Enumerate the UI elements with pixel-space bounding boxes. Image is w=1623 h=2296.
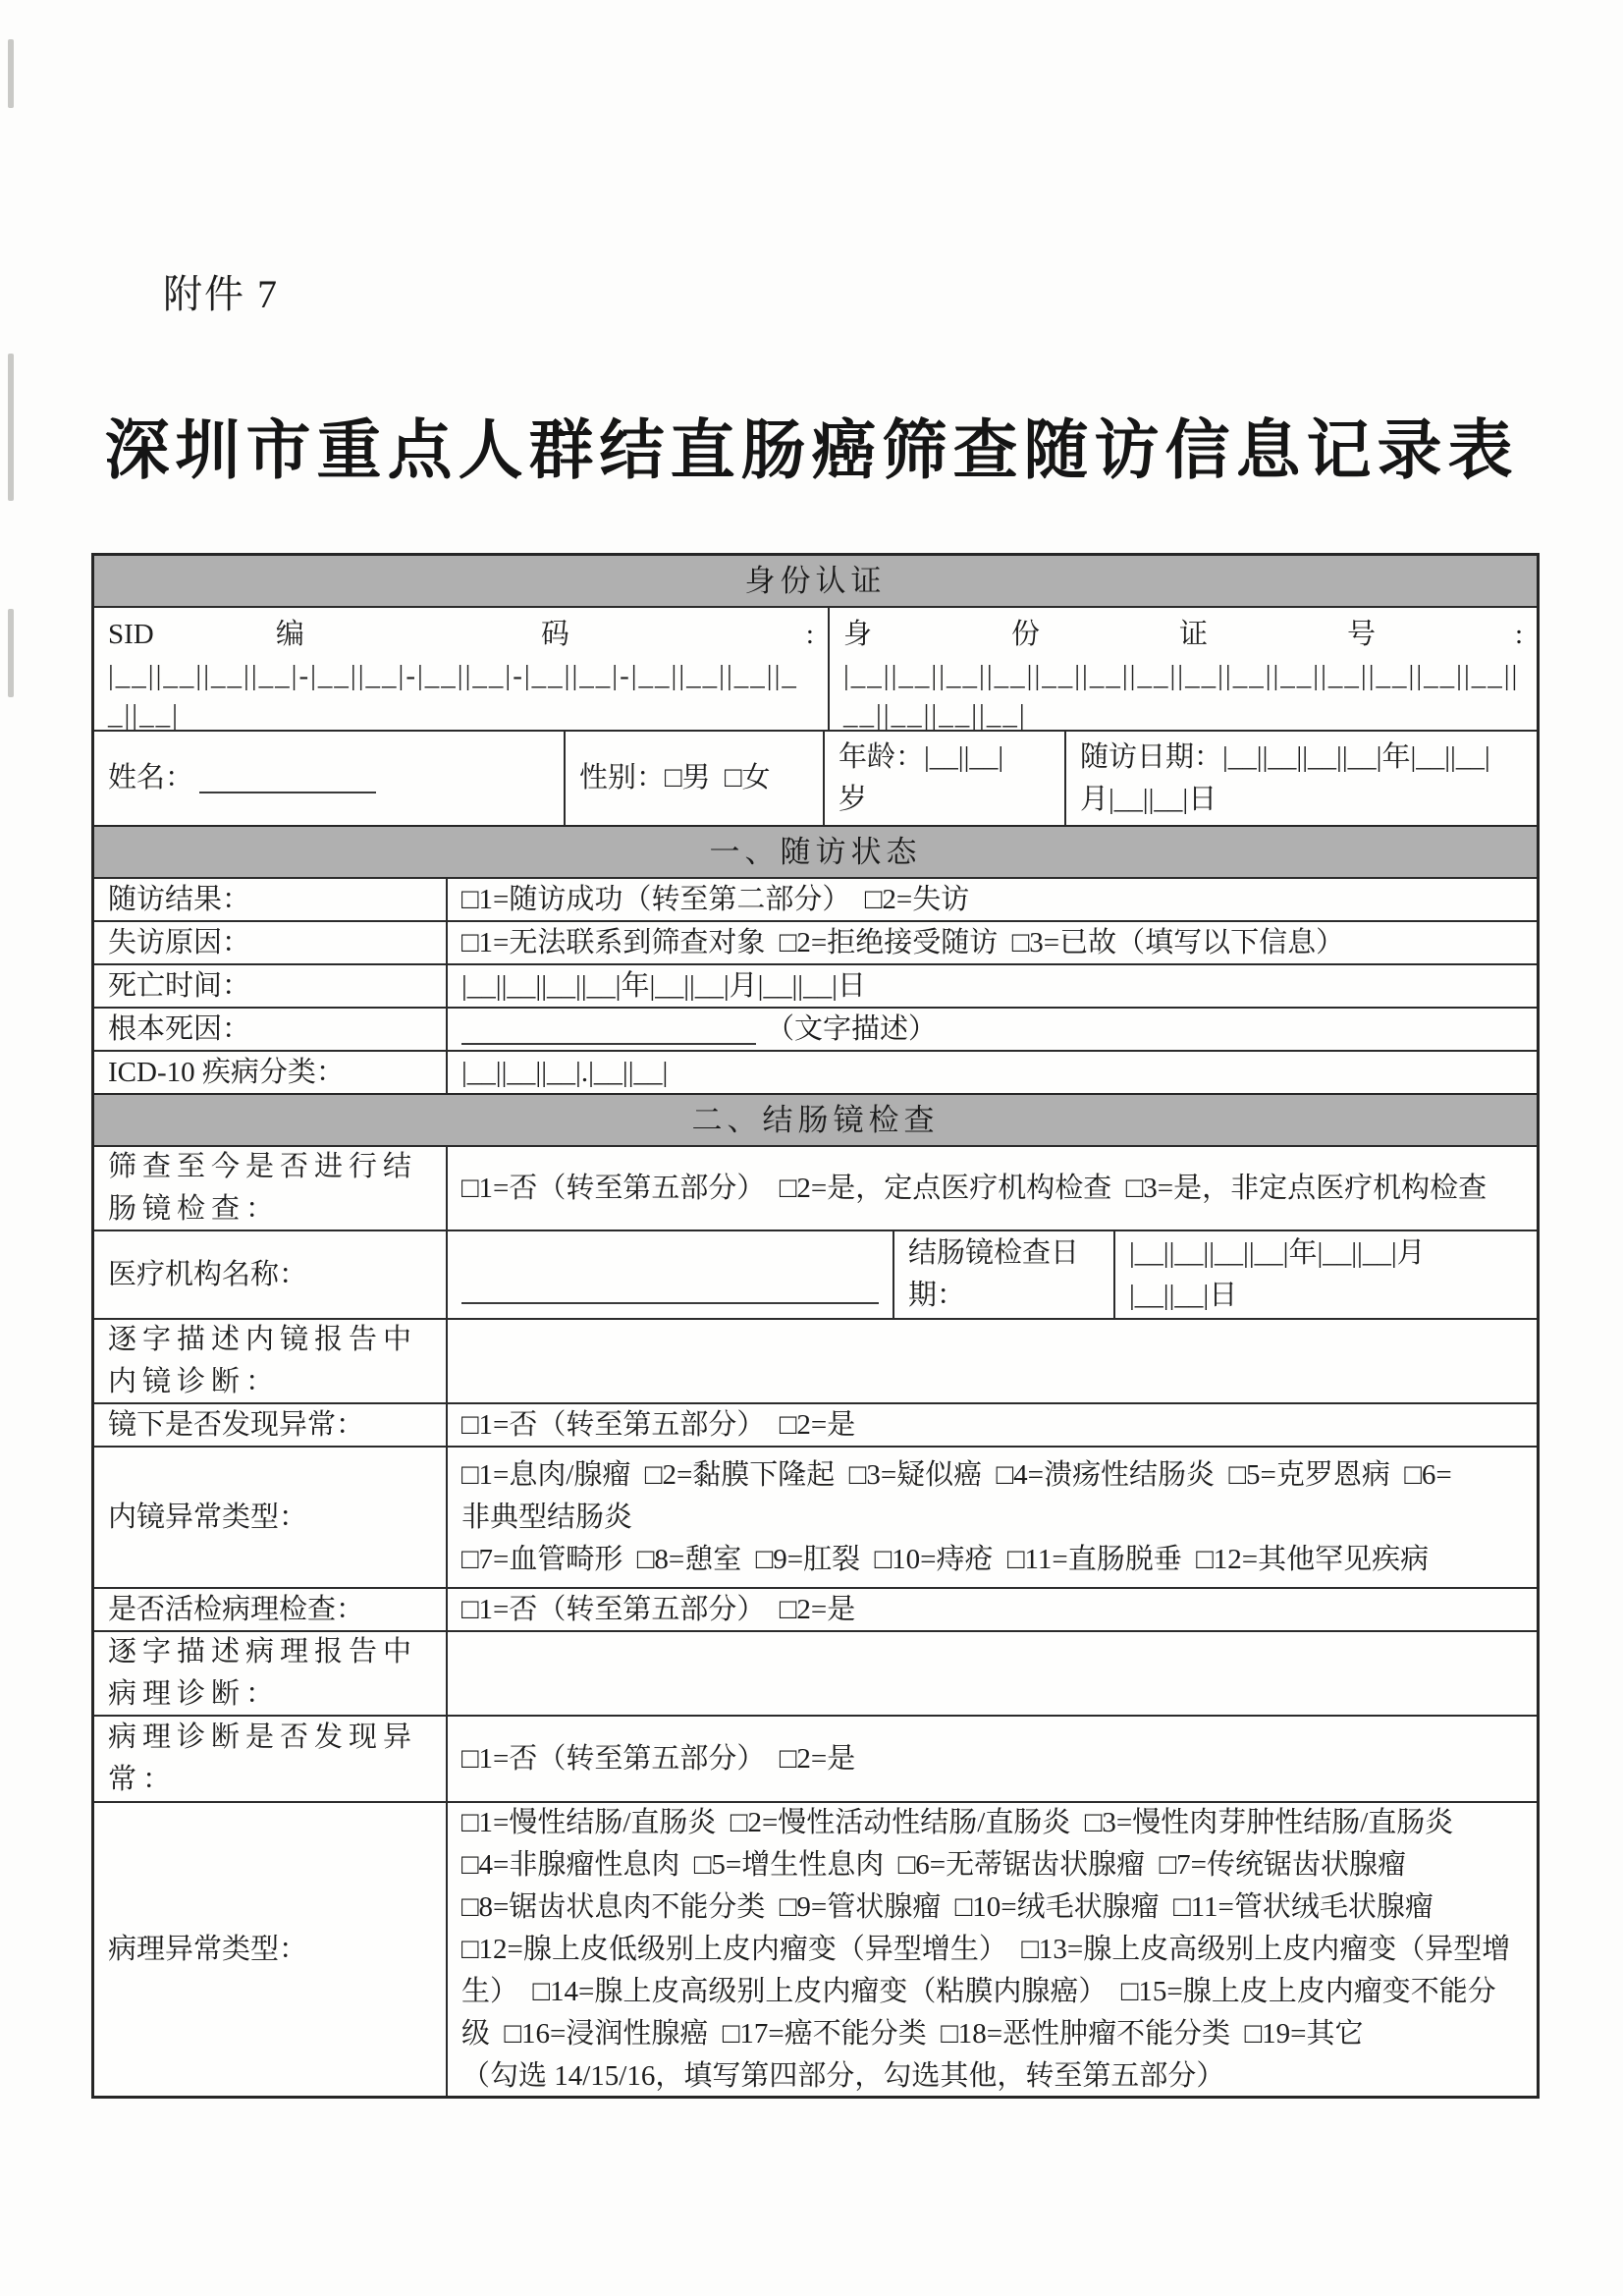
age-boxes: 年龄：|__||__| 岁 — [839, 737, 1003, 821]
row-pathology-type: 病理异常类型： □1=慢性结肠/直肠炎 □2=慢性活动性结肠/直肠炎 □3=慢性… — [94, 1801, 1537, 2096]
name-blank-line — [199, 763, 376, 793]
death-cause-label: 根本死因： — [94, 1009, 446, 1050]
endoscopy-type-options: □1=息肉/腺瘤 □2=黏膜下隆起 □3=疑似癌 □4=溃疡性结肠炎 □5=克罗… — [446, 1448, 1537, 1587]
form-table: 身份认证 SID 编 码 : |__||__||__||__|-|__||__|… — [91, 553, 1540, 2099]
endoscopy-type-label: 内镜异常类型： — [94, 1448, 446, 1587]
section-header-followup-status: 一、随访状态 — [94, 825, 1537, 877]
row-sid-idnumber: SID 编 码 : |__||__||__||__|-|__||__|-|__|… — [94, 606, 1537, 730]
gender-field: 性别：□男 □女 — [564, 732, 823, 825]
pathology-type-options: □1=慢性结肠/直肠炎 □2=慢性活动性结肠/直肠炎 □3=慢性肉芽肿性结肠/直… — [446, 1803, 1537, 2096]
row-death-cause: 根本死因： （文字描述） — [94, 1007, 1537, 1050]
endoscopy-abnormal-options: □1=否（转至第五部分） □2=是 — [446, 1404, 1537, 1446]
gender-options: 性别：□男 □女 — [579, 757, 771, 799]
row-biopsy: 是否活检病理检查： □1=否（转至第五部分） □2=是 — [94, 1587, 1537, 1630]
death-cause-field: （文字描述） — [446, 1009, 1537, 1050]
followup-result-options: □1=随访成功（转至第二部分） □2=失访 — [446, 879, 1537, 920]
sid-code-field: SID 编 码 : |__||__||__||__|-|__||__|-|__|… — [94, 608, 828, 730]
death-cause-blank-line — [461, 1014, 756, 1045]
sid-code-boxes: |__||__||__||__|-|__||__|-|__||__|-|__||… — [108, 656, 814, 730]
death-cause-note: （文字描述） — [766, 1009, 937, 1050]
institution-label: 医疗机构名称： — [94, 1231, 446, 1318]
endoscopy-abnormal-label: 镜下是否发现异常： — [94, 1404, 446, 1446]
id-number-label: 身 份 证 号 : — [843, 614, 1523, 656]
pathology-verbatim-field — [446, 1632, 1537, 1715]
screening-colonoscopy-options: □1=否（转至第五部分） □2=是，定点医疗机构检查 □3=是，非定点医疗机构检… — [446, 1147, 1537, 1230]
pathology-abnormal-options: □1=否（转至第五部分） □2=是 — [446, 1717, 1537, 1801]
pathology-type-label: 病理异常类型： — [94, 1803, 446, 2096]
loss-reason-label: 失访原因： — [94, 922, 446, 963]
scanned-form-page: 附件 7 深圳市重点人群结直肠癌筛查随访信息记录表 身份认证 SID 编 码 :… — [0, 0, 1623, 2296]
endoscopy-verbatim-label: 逐字描述内镜报告中 内镜诊断： — [94, 1320, 446, 1402]
row-institution: 医疗机构名称： 结肠镜检查日 期： |__||__||__||__|年|__||… — [94, 1230, 1537, 1318]
row-loss-reason: 失访原因： □1=无法联系到筛查对象 □2=拒绝接受随访 □3=已故（填写以下信… — [94, 920, 1537, 963]
biopsy-label: 是否活检病理检查： — [94, 1589, 446, 1630]
row-screening-colonoscopy: 筛查至今是否进行结 肠镜检查： □1=否（转至第五部分） □2=是，定点医疗机构… — [94, 1145, 1537, 1230]
section-header-identity: 身份认证 — [94, 556, 1537, 606]
pathology-verbatim-label: 逐字描述病理报告中 病理诊断： — [94, 1632, 446, 1715]
scan-artifact — [8, 39, 14, 108]
age-field: 年龄：|__||__| 岁 — [823, 732, 1064, 825]
row-icd10: ICD-10 疾病分类： |__||__||__|.|__||__| — [94, 1050, 1537, 1093]
scan-artifact — [8, 609, 14, 697]
followup-result-label: 随访结果： — [94, 879, 446, 920]
colonoscopy-date-label: 结肠镜检查日 期： — [893, 1231, 1113, 1318]
endoscopy-verbatim-field — [446, 1320, 1537, 1402]
loss-reason-options: □1=无法联系到筛查对象 □2=拒绝接受随访 □3=已故（填写以下信息） — [446, 922, 1537, 963]
section-header-colonoscopy: 二、结肠镜检查 — [94, 1093, 1537, 1145]
icd10-label: ICD-10 疾病分类： — [94, 1052, 446, 1093]
row-death-time: 死亡时间： |__||__||__||__|年|__||__|月|__||__|… — [94, 963, 1537, 1007]
visit-date-boxes: 随访日期：|__||__||__||__|年|__||__| 月|__||__|… — [1080, 737, 1490, 821]
row-followup-result: 随访结果： □1=随访成功（转至第二部分） □2=失访 — [94, 877, 1537, 920]
row-name-gender-age-date: 姓名： 性别：□男 □女 年龄：|__||__| 岁 随访日期：|__||__|… — [94, 730, 1537, 825]
row-endoscopy-abnormal: 镜下是否发现异常： □1=否（转至第五部分） □2=是 — [94, 1402, 1537, 1446]
attachment-label: 附件 7 — [163, 263, 279, 319]
row-endoscopy-verbatim: 逐字描述内镜报告中 内镜诊断： — [94, 1318, 1537, 1402]
id-number-boxes: |__||__||__||__||__||__||__||__||__||__|… — [843, 656, 1523, 730]
row-pathology-verbatim: 逐字描述病理报告中 病理诊断： — [94, 1630, 1537, 1715]
death-time-boxes: |__||__||__||__|年|__||__|月|__||__|日 — [446, 965, 1537, 1007]
row-pathology-abnormal: 病理诊断是否发现异 常： □1=否（转至第五部分） □2=是 — [94, 1715, 1537, 1801]
name-label: 姓名： — [108, 757, 193, 799]
screening-colonoscopy-label: 筛查至今是否进行结 肠镜检查： — [94, 1147, 446, 1230]
icd10-boxes: |__||__||__|.|__||__| — [446, 1052, 1537, 1093]
colonoscopy-date-boxes: |__||__||__||__|年|__||__|月 |__||__|日 — [1113, 1231, 1537, 1318]
pathology-abnormal-label: 病理诊断是否发现异 常： — [94, 1717, 446, 1801]
name-field: 姓名： — [94, 732, 564, 825]
death-time-label: 死亡时间： — [94, 965, 446, 1007]
visit-date-field: 随访日期：|__||__||__||__|年|__||__| 月|__||__|… — [1064, 732, 1537, 825]
institution-blank-line — [461, 1274, 879, 1304]
page-title: 深圳市重点人群结直肠癌筛查随访信息记录表 — [0, 398, 1623, 491]
row-endoscopy-type: 内镜异常类型： □1=息肉/腺瘤 □2=黏膜下隆起 □3=疑似癌 □4=溃疡性结… — [94, 1446, 1537, 1587]
biopsy-options: □1=否（转至第五部分） □2=是 — [446, 1589, 1537, 1630]
institution-name-field — [446, 1231, 893, 1318]
sid-code-label: SID 编 码 : — [108, 614, 814, 656]
id-number-field: 身 份 证 号 : |__||__||__||__||__||__||__||_… — [828, 608, 1537, 730]
